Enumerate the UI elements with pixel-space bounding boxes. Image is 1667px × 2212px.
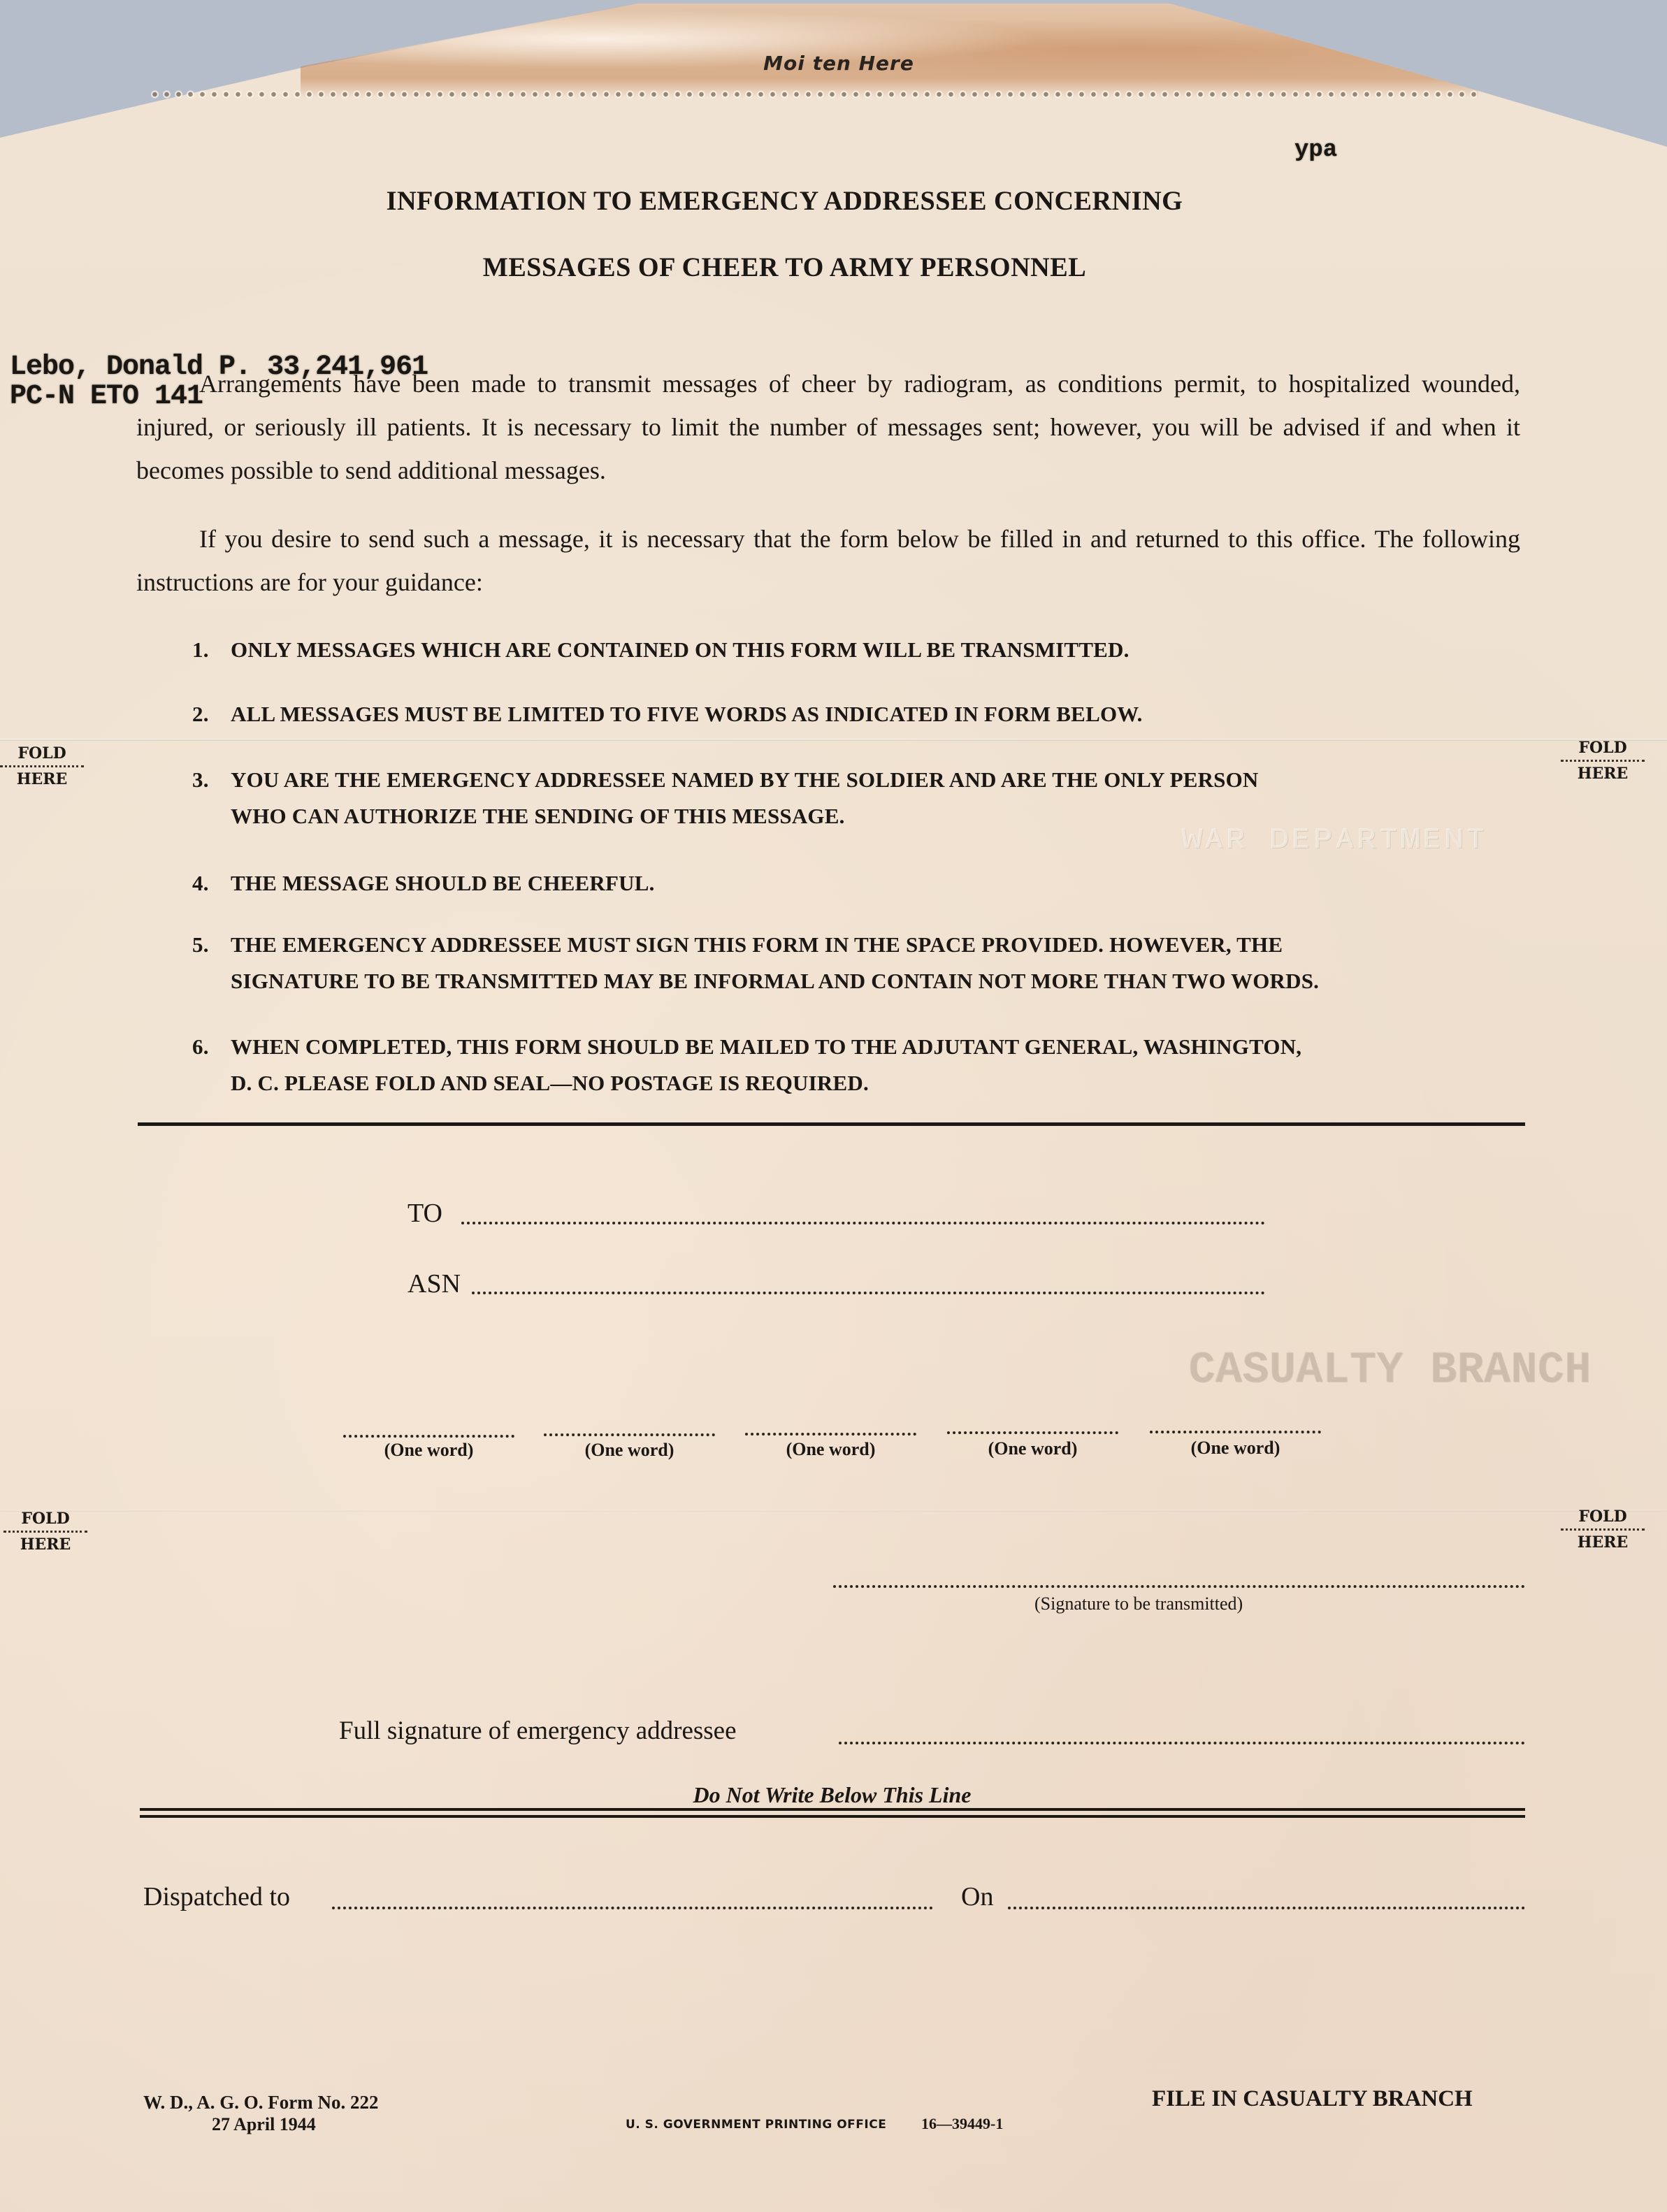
dispatched-to-label: Dispatched to <box>143 1881 290 1912</box>
on-date-field[interactable] <box>1008 1907 1525 1909</box>
perforation-line <box>149 89 1477 99</box>
double-rule-bottom <box>140 1815 1525 1818</box>
form-paper <box>0 0 1667 2212</box>
instruction-item: 1.ONLY MESSAGES WHICH ARE CONTAINED ON T… <box>192 632 1524 668</box>
printer-credit: U. S. GOVERNMENT PRINTING OFFICE <box>626 2118 886 2132</box>
on-label: On <box>961 1881 993 1912</box>
message-word-4-field[interactable] <box>947 1431 1118 1434</box>
message-word-4-label: (One word) <box>947 1438 1118 1459</box>
dispatched-to-field[interactable] <box>332 1907 933 1909</box>
page-title-line1: INFORMATION TO EMERGENCY ADDRESSEE CONCE… <box>0 185 1601 217</box>
instruction-item: 6.WHEN COMPLETED, THIS FORM SHOULD BE MA… <box>192 1029 1524 1101</box>
to-field[interactable] <box>461 1222 1265 1224</box>
message-word-3-label: (One word) <box>745 1439 916 1460</box>
print-code: 16—39449-1 <box>921 2115 1003 2133</box>
full-signature-field[interactable] <box>839 1742 1525 1744</box>
fold-crease-lower <box>0 1510 1667 1512</box>
fold-here-marker-right-upper: FOLDHERE <box>1561 739 1645 783</box>
instruction-item: 5.THE EMERGENCY ADDRESSEE MUST SIGN THIS… <box>192 927 1524 999</box>
page-title-line2: MESSAGES OF CHEER TO ARMY PERSONNEL <box>0 252 1601 283</box>
signature-transmitted-label: (Signature to be transmitted) <box>1034 1593 1243 1614</box>
reverse-emboss: CASUALTY BRANCH <box>1188 1345 1591 1396</box>
section-divider <box>138 1122 1525 1126</box>
instructions-intro-paragraph: If you desire to send such a message, it… <box>136 517 1520 604</box>
message-word-1-label: (One word) <box>343 1440 514 1461</box>
envelope-flap <box>301 0 1489 98</box>
double-rule-top <box>140 1808 1525 1811</box>
instruction-item: 2.ALL MESSAGES MUST BE LIMITED TO FIVE W… <box>192 696 1524 732</box>
instruction-item: 4.THE MESSAGE SHOULD BE CHEERFUL. <box>192 865 1524 902</box>
fold-here-marker-right-lower: FOLDHERE <box>1561 1508 1645 1552</box>
fold-here-marker-left-upper: FOLDHERE <box>0 744 84 788</box>
initials-stamp: ypa <box>1294 137 1337 164</box>
asn-field[interactable] <box>472 1292 1265 1294</box>
do-not-write-notice: Do Not Write Below This Line <box>0 1782 1666 1808</box>
flap-moisten-label: Moi ten Here <box>734 52 944 75</box>
full-signature-label: Full signature of emergency addressee <box>339 1716 737 1746</box>
fold-here-marker-left-lower: FOLDHERE <box>3 1510 87 1554</box>
to-label: TO <box>407 1198 442 1229</box>
form-date: 27 April 1944 <box>212 2114 316 2135</box>
signature-transmitted-field[interactable] <box>833 1585 1525 1588</box>
fold-crease-upper <box>0 739 1667 741</box>
message-word-1-field[interactable] <box>343 1435 514 1438</box>
intro-paragraph: Arrangements have been made to transmit … <box>136 362 1520 492</box>
message-word-2-label: (One word) <box>544 1440 715 1461</box>
message-word-5-field[interactable] <box>1150 1431 1321 1433</box>
message-word-2-field[interactable] <box>544 1433 715 1436</box>
file-instruction: FILE IN CASUALTY BRANCH <box>1152 2086 1473 2112</box>
instruction-item: 3.YOU ARE THE EMERGENCY ADDRESSEE NAMED … <box>192 762 1524 834</box>
asn-label: ASN <box>407 1268 461 1299</box>
form-number: W. D., A. G. O. Form No. 222 <box>143 2092 379 2113</box>
message-word-3-field[interactable] <box>745 1433 916 1436</box>
message-word-5-label: (One word) <box>1150 1438 1321 1459</box>
